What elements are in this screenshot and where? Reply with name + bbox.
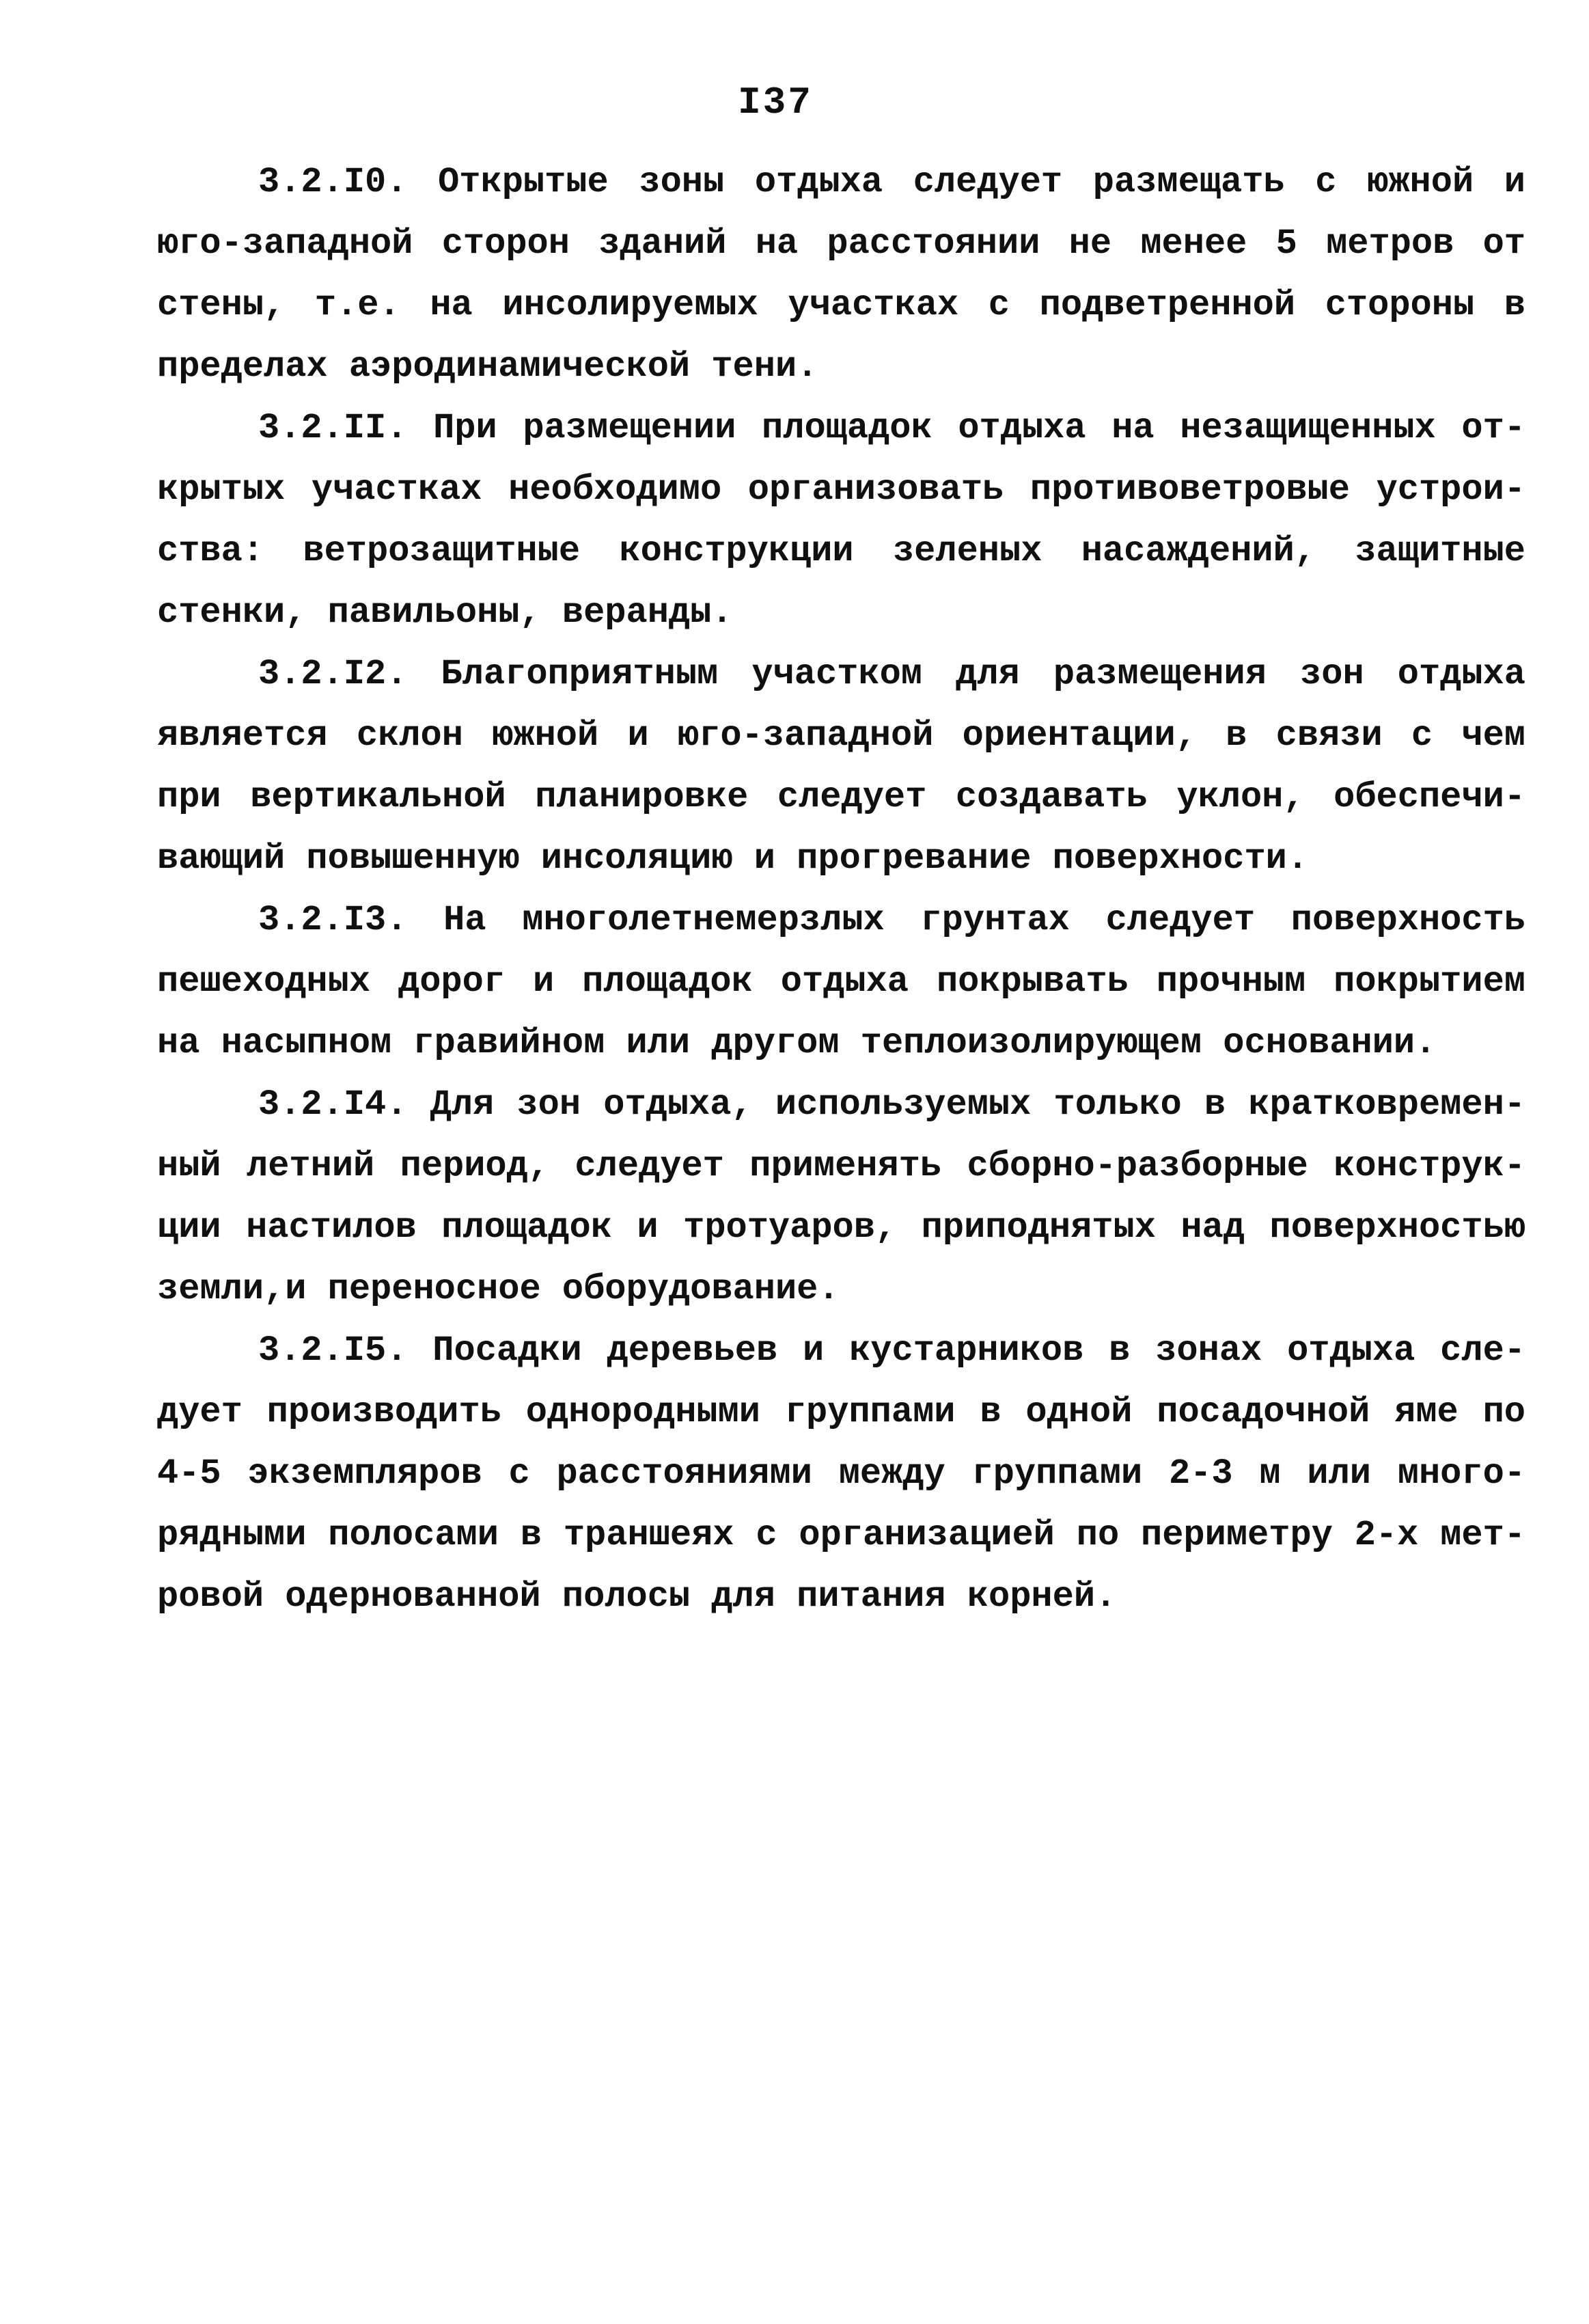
text-line: рядными полосами в траншеях с организаци… [157, 1505, 1525, 1566]
text-line: является склон южной и юго-западной орие… [157, 705, 1525, 767]
text-line: 4-5 экземпляров с расстояниями между гру… [157, 1443, 1525, 1505]
text-line: 3.2.I5. Посадки деревьев и кустарников в… [157, 1320, 1525, 1382]
text-line: 3.2.I4. Для зон отдыха, используемых тол… [157, 1074, 1525, 1136]
text-line: ции настилов площадок и тротуаров, припо… [157, 1197, 1525, 1259]
page-number: I37 [0, 81, 1551, 124]
paragraph-3-2-15: 3.2.I5. Посадки деревьев и кустарников в… [157, 1320, 1525, 1628]
text-line: ровой одернованной полосы для питания ко… [157, 1566, 1525, 1628]
text-line: 3.2.I2. Благоприятным участком для разме… [157, 644, 1525, 705]
text-line: 3.2.I0. Открытые зоны отдыха следует раз… [157, 152, 1525, 213]
paragraph-3-2-10: 3.2.I0. Открытые зоны отдыха следует раз… [157, 152, 1525, 398]
text-line: крытых участках необходимо организовать … [157, 459, 1525, 521]
text-line: при вертикальной планировке следует созд… [157, 767, 1525, 828]
paragraph-3-2-12: 3.2.I2. Благоприятным участком для разме… [157, 644, 1525, 890]
text-line: стены, т.е. на инсолируемых участках с п… [157, 275, 1525, 336]
text-line: пешеходных дорог и площадок отдыха покры… [157, 951, 1525, 1013]
text-line: ный летний период, следует применять сбо… [157, 1136, 1525, 1197]
text-line: ства: ветрозащитные конструкции зеленых … [157, 521, 1525, 582]
paragraph-3-2-13: 3.2.I3. На многолетнемерзлых грунтах сле… [157, 890, 1525, 1074]
text-line: юго-западной сторон зданий на расстоянии… [157, 213, 1525, 275]
document-body: 3.2.I0. Открытые зоны отдыха следует раз… [157, 152, 1525, 1628]
text-line: 3.2.II. При размещении площадок отдыха н… [157, 398, 1525, 459]
text-line: на насыпном гравийном или другом теплоиз… [157, 1013, 1525, 1074]
text-line: стенки, павильоны, веранды. [157, 582, 1525, 644]
text-line: 3.2.I3. На многолетнемерзлых грунтах сле… [157, 890, 1525, 951]
text-line: земли,и переносное оборудование. [157, 1259, 1525, 1320]
paragraph-3-2-11: 3.2.II. При размещении площадок отдыха н… [157, 398, 1525, 644]
text-line: пределах аэродинамической тени. [157, 336, 1525, 398]
text-line: вающий повышенную инсоляцию и прогревани… [157, 828, 1525, 890]
paragraph-3-2-14: 3.2.I4. Для зон отдыха, используемых тол… [157, 1074, 1525, 1320]
document-page: I37 3.2.I0. Открытые зоны отдыха следует… [0, 0, 1589, 2324]
text-line: дует производить однородными группами в … [157, 1382, 1525, 1443]
